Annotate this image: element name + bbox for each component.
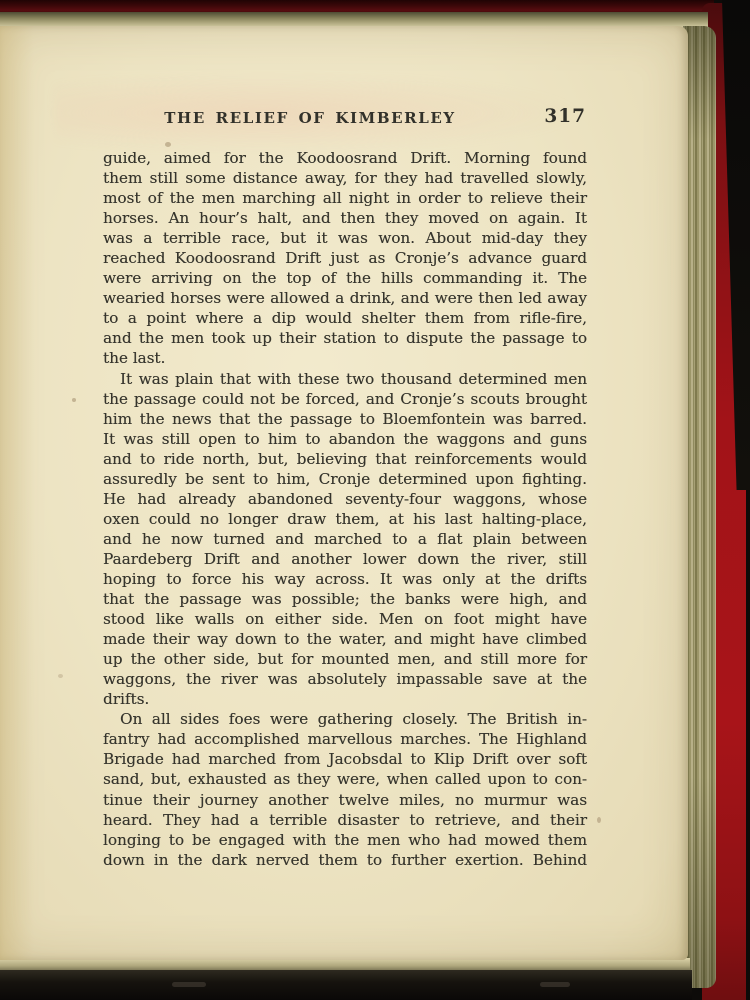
text-line: drifts. [103,689,587,709]
text-line: them still some distance away, for they … [103,168,587,188]
text-line: the last. [103,348,587,368]
paragraph: guide, aimed for the Koodoosrand Drift. … [103,148,587,369]
text-line: heard. They had a terrible disaster to r… [103,810,587,830]
bottom-shadow [0,970,692,1000]
text-line: reached Koodoosrand Drift just as Cronje… [103,248,587,268]
shadow-smudge [172,982,206,987]
shadow-smudge [540,982,570,987]
running-header: THE RELIEF OF KIMBERLEY 317 [103,108,587,148]
text-line: up the other side, but for mounted men, … [103,649,587,669]
text-line: It was still open to him to abandon the … [103,429,587,449]
text-line: It was plain that with these two thousan… [103,369,587,389]
paper-speck [597,817,601,823]
text-line: fantry had accomplished marvellous march… [103,729,587,749]
text-line: Paardeberg Drift and another lower down … [103,549,587,569]
text-line: down in the dark nerved them to further … [103,850,587,870]
text-line: was a terrible race, but it was won. Abo… [103,228,587,248]
text-line: and he now turned and marched to a flat … [103,529,587,549]
text-line: stood like walls on either side. Men on … [103,609,587,629]
paragraph: On all sides foes were gathering closely… [103,709,587,869]
text-line: to a point where a dip would shelter the… [103,308,587,328]
text-line: guide, aimed for the Koodoosrand Drift. … [103,148,587,168]
text-line: wearied horses were allowed a drink, and… [103,288,587,308]
text-line: tinue their journey another twelve miles… [103,790,587,810]
text-line: and to ride north, but, believing that r… [103,449,587,469]
text-line: oxen could no longer draw them, at his l… [103,509,587,529]
paper-speck [58,674,63,678]
text-line: made their way down to the water, and mi… [103,629,587,649]
page-body: guide, aimed for the Koodoosrand Drift. … [103,148,587,870]
text-line: sand, but, exhausted as they were, when … [103,769,587,789]
text-line: assuredly be sent to him, Cronje determi… [103,469,587,489]
text-line: On all sides foes were gathering closely… [103,709,587,729]
text-line: and the men took up their station to dis… [103,328,587,348]
book-photo: THE RELIEF OF KIMBERLEY 317 guide, aimed… [0,0,750,1000]
text-line: the passage could not be forced, and Cro… [103,389,587,409]
paragraph: It was plain that with these two thousan… [103,369,587,710]
paper-speck [72,398,76,402]
text-line: hoping to force his way across. It was o… [103,569,587,589]
gutter-shading [0,26,34,960]
page-number: 317 [544,106,586,127]
text-line: Brigade had marched from Jacobsdal to Kl… [103,749,587,769]
header-title: THE RELIEF OF KIMBERLEY [103,109,517,127]
text-block: THE RELIEF OF KIMBERLEY 317 guide, aimed… [103,108,587,870]
text-line: waggons, the river was absolutely impass… [103,669,587,689]
text-line: were arriving on the top of the hills co… [103,268,587,288]
text-line: most of the men marching all night in or… [103,188,587,208]
text-line: longing to be engaged with the men who h… [103,830,587,850]
text-line: him the news that the passage to Bloemfo… [103,409,587,429]
text-line: horses. An hour’s halt, and then they mo… [103,208,587,228]
text-line: that the passage was possible; the banks… [103,589,587,609]
text-line: He had already abandoned seventy-four wa… [103,489,587,509]
